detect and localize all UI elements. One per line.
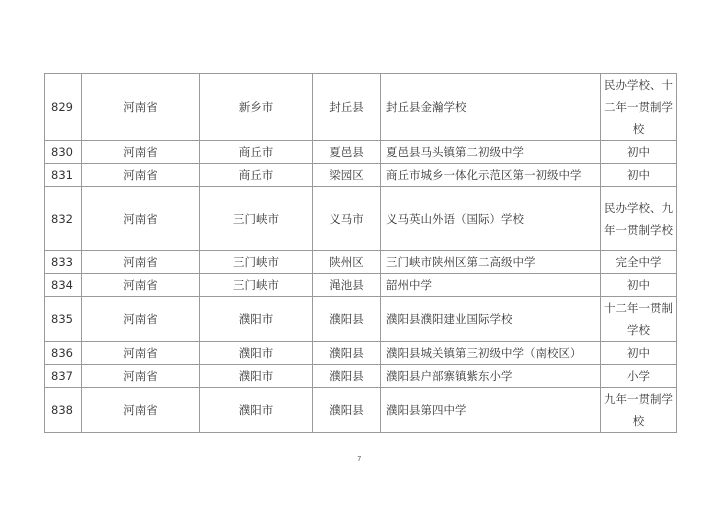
province-cell: 河南省 bbox=[82, 274, 200, 297]
county-cell: 濮阳县 bbox=[313, 388, 381, 433]
school-name-cell: 濮阳县户部寨镇紫东小学 bbox=[381, 365, 601, 388]
province-cell: 河南省 bbox=[82, 187, 200, 251]
row-number-cell: 835 bbox=[45, 297, 82, 342]
row-number-cell: 832 bbox=[45, 187, 82, 251]
county-cell: 濮阳县 bbox=[313, 297, 381, 342]
school-type-cell: 小学 bbox=[601, 365, 677, 388]
city-cell: 濮阳市 bbox=[200, 365, 313, 388]
province-cell: 河南省 bbox=[82, 365, 200, 388]
province-cell: 河南省 bbox=[82, 141, 200, 164]
county-cell: 陕州区 bbox=[313, 251, 381, 274]
row-number-cell: 829 bbox=[45, 74, 82, 141]
county-cell: 濮阳县 bbox=[313, 365, 381, 388]
row-number-cell: 830 bbox=[45, 141, 82, 164]
county-cell: 封丘县 bbox=[313, 74, 381, 141]
city-cell: 商丘市 bbox=[200, 164, 313, 187]
city-cell: 濮阳市 bbox=[200, 297, 313, 342]
table-row: 833河南省三门峡市陕州区三门峡市陕州区第二高级中学完全中学 bbox=[45, 251, 677, 274]
province-cell: 河南省 bbox=[82, 74, 200, 141]
row-number-cell: 836 bbox=[45, 342, 82, 365]
city-cell: 三门峡市 bbox=[200, 274, 313, 297]
school-list-table: 829河南省新乡市封丘县封丘县金瀚学校民办学校、十二年一贯制学校830河南省商丘… bbox=[44, 73, 677, 433]
row-number-cell: 831 bbox=[45, 164, 82, 187]
table-row: 831河南省商丘市梁园区商丘市城乡一体化示范区第一初级中学初中 bbox=[45, 164, 677, 187]
province-cell: 河南省 bbox=[82, 297, 200, 342]
city-cell: 三门峡市 bbox=[200, 251, 313, 274]
page-number: 7 bbox=[357, 455, 361, 463]
table-row: 837河南省濮阳市濮阳县濮阳县户部寨镇紫东小学小学 bbox=[45, 365, 677, 388]
table-row: 829河南省新乡市封丘县封丘县金瀚学校民办学校、十二年一贯制学校 bbox=[45, 74, 677, 141]
school-name-cell: 义马英山外语（国际）学校 bbox=[381, 187, 601, 251]
school-name-cell: 三门峡市陕州区第二高级中学 bbox=[381, 251, 601, 274]
school-type-cell: 初中 bbox=[601, 342, 677, 365]
province-cell: 河南省 bbox=[82, 388, 200, 433]
county-cell: 濮阳县 bbox=[313, 342, 381, 365]
school-type-cell: 完全中学 bbox=[601, 251, 677, 274]
province-cell: 河南省 bbox=[82, 251, 200, 274]
school-name-cell: 韶州中学 bbox=[381, 274, 601, 297]
county-cell: 义马市 bbox=[313, 187, 381, 251]
city-cell: 濮阳市 bbox=[200, 388, 313, 433]
row-number-cell: 833 bbox=[45, 251, 82, 274]
row-number-cell: 834 bbox=[45, 274, 82, 297]
table-row: 838河南省濮阳市濮阳县濮阳县第四中学九年一贯制学校 bbox=[45, 388, 677, 433]
province-cell: 河南省 bbox=[82, 164, 200, 187]
school-name-cell: 商丘市城乡一体化示范区第一初级中学 bbox=[381, 164, 601, 187]
school-type-cell: 十二年一贯制学校 bbox=[601, 297, 677, 342]
row-number-cell: 837 bbox=[45, 365, 82, 388]
school-name-cell: 封丘县金瀚学校 bbox=[381, 74, 601, 141]
school-type-cell: 九年一贯制学校 bbox=[601, 388, 677, 433]
city-cell: 濮阳市 bbox=[200, 342, 313, 365]
school-name-cell: 夏邑县马头镇第二初级中学 bbox=[381, 141, 601, 164]
school-type-cell: 初中 bbox=[601, 164, 677, 187]
school-name-cell: 濮阳县濮阳建业国际学校 bbox=[381, 297, 601, 342]
school-type-cell: 民办学校、十二年一贯制学校 bbox=[601, 74, 677, 141]
county-cell: 梁园区 bbox=[313, 164, 381, 187]
school-type-cell: 初中 bbox=[601, 274, 677, 297]
row-number-cell: 838 bbox=[45, 388, 82, 433]
table-row: 836河南省濮阳市濮阳县濮阳县城关镇第三初级中学（南校区）初中 bbox=[45, 342, 677, 365]
table-row: 834河南省三门峡市渑池县韶州中学初中 bbox=[45, 274, 677, 297]
city-cell: 商丘市 bbox=[200, 141, 313, 164]
city-cell: 新乡市 bbox=[200, 74, 313, 141]
school-name-cell: 濮阳县城关镇第三初级中学（南校区） bbox=[381, 342, 601, 365]
province-cell: 河南省 bbox=[82, 342, 200, 365]
school-name-cell: 濮阳县第四中学 bbox=[381, 388, 601, 433]
county-cell: 渑池县 bbox=[313, 274, 381, 297]
school-type-cell: 民办学校、九年一贯制学校 bbox=[601, 187, 677, 251]
city-cell: 三门峡市 bbox=[200, 187, 313, 251]
table-row: 830河南省商丘市夏邑县夏邑县马头镇第二初级中学初中 bbox=[45, 141, 677, 164]
county-cell: 夏邑县 bbox=[313, 141, 381, 164]
table-row: 832河南省三门峡市义马市义马英山外语（国际）学校民办学校、九年一贯制学校 bbox=[45, 187, 677, 251]
table-row: 835河南省濮阳市濮阳县濮阳县濮阳建业国际学校十二年一贯制学校 bbox=[45, 297, 677, 342]
school-type-cell: 初中 bbox=[601, 141, 677, 164]
